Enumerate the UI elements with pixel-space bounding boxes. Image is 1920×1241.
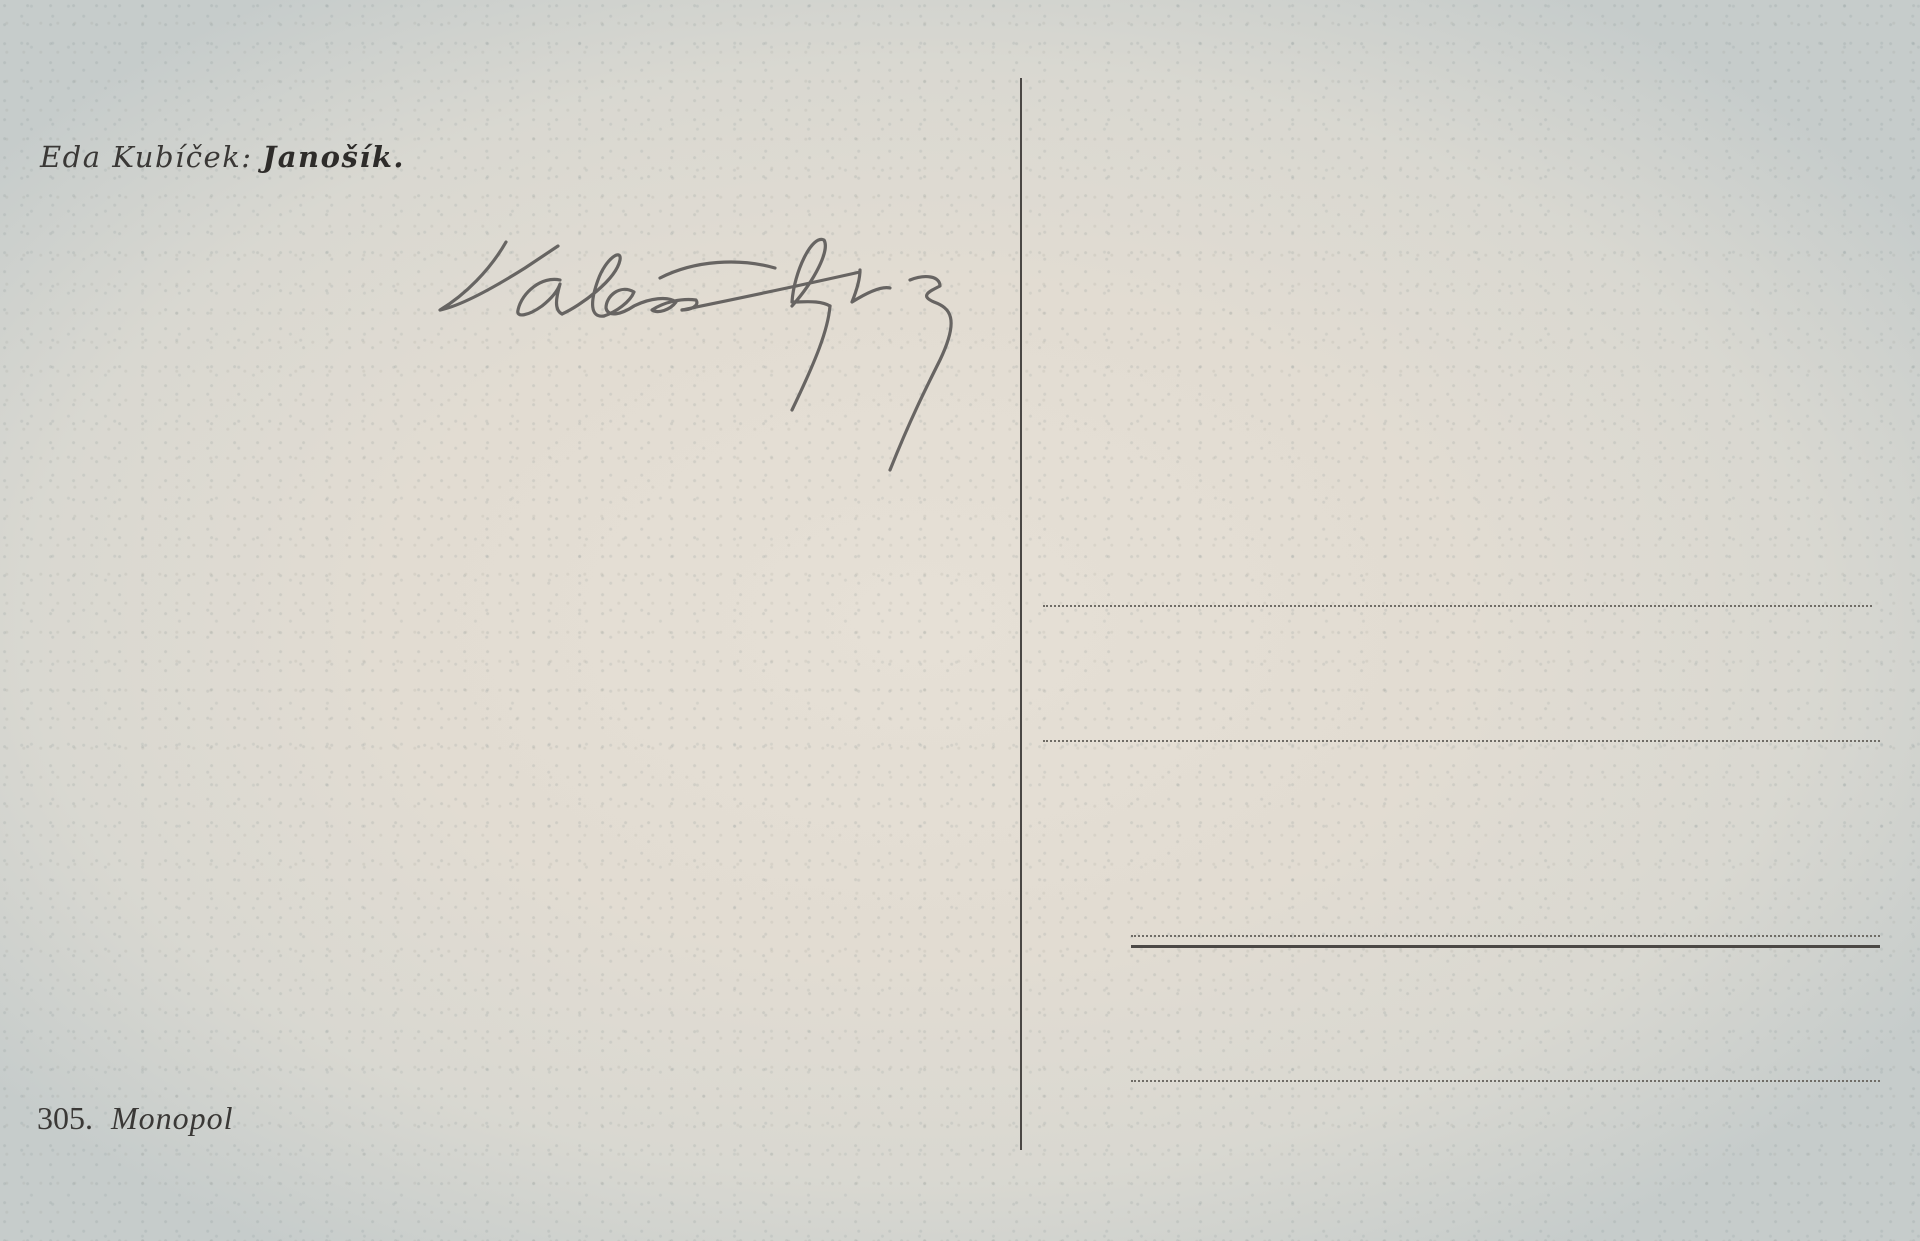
address-line-3 (1131, 935, 1880, 937)
address-line-2 (1043, 740, 1880, 742)
postcard-back: Eda Kubíček:Janošík. Valašsky (0, 0, 1920, 1241)
paper-texture (0, 0, 1920, 1241)
address-line-4 (1131, 1080, 1880, 1082)
handwritten-note: Valašsky (420, 210, 1020, 490)
address-underline (1131, 945, 1880, 948)
artwork-title: Janošík. (263, 140, 405, 174)
address-line-1 (1043, 605, 1872, 607)
artist-name: Eda Kubíček: (40, 140, 253, 174)
card-number: 305. (37, 1100, 93, 1136)
postcard-footer: 305.Monopol (37, 1100, 234, 1137)
publisher-name: Monopol (111, 1100, 234, 1136)
message-address-divider (1020, 78, 1022, 1150)
postcard-title: Eda Kubíček:Janošík. (40, 140, 405, 174)
handwriting-strokes (420, 210, 1020, 490)
